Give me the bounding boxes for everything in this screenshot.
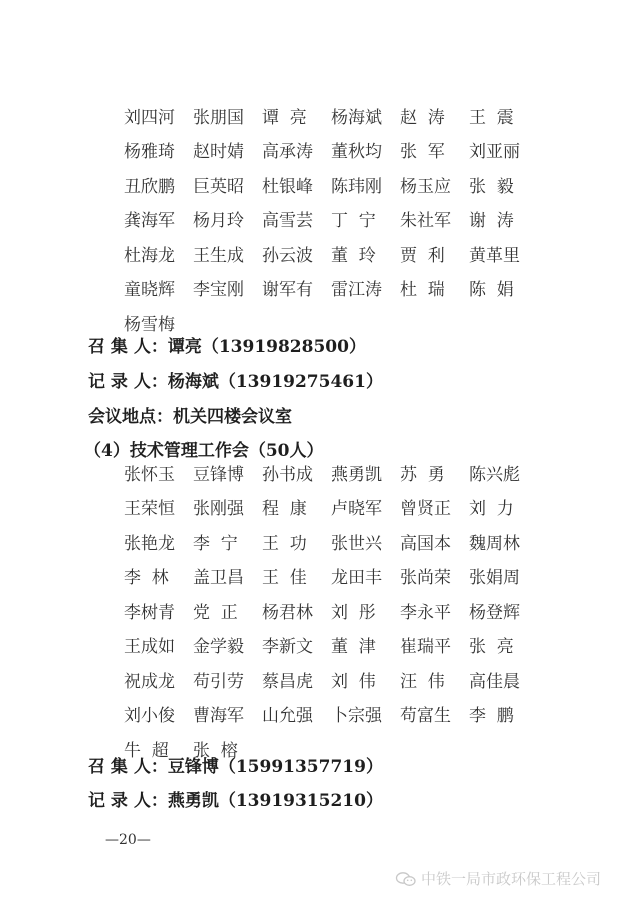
member-name: 杨雪梅 xyxy=(124,310,193,335)
member-name: 张刚强 xyxy=(193,494,262,519)
group4-recorder: 记 录 人：燕勇凯（13919315210） xyxy=(88,786,383,811)
member-name: 金学毅 xyxy=(193,632,262,657)
member-name: 黄革里 xyxy=(469,241,538,266)
member-name: 刘四河 xyxy=(124,103,193,128)
member-name: 魏周林 xyxy=(469,529,538,554)
document-page: 刘四河张朋国谭 亮杨海斌赵 涛王 震杨雅琦赵时婧高承涛董秋均张 军刘亚丽丑欣鹏巨… xyxy=(0,0,640,905)
member-name: 汪 伟 xyxy=(400,667,469,692)
member-name: 燕勇凯 xyxy=(331,460,400,485)
member-name: 贾 利 xyxy=(400,241,469,266)
group3-location: 会议地点：机关四楼会议室 xyxy=(88,402,292,427)
member-name: 刘 力 xyxy=(469,494,538,519)
group3-convener: 召 集 人：谭亮（13919828500） xyxy=(88,332,366,357)
member-name: 董 津 xyxy=(331,632,400,657)
member-name: 豆锋博 xyxy=(193,460,262,485)
group4-convener: 召 集 人：豆锋博（15991357719） xyxy=(88,752,383,777)
member-name: 李 鹏 xyxy=(469,701,538,726)
member-name: 卢晓军 xyxy=(331,494,400,519)
member-name: 李 宁 xyxy=(193,529,262,554)
member-name: 苟引劳 xyxy=(193,667,262,692)
member-name: 谢军有 xyxy=(262,275,331,300)
member-name: 陈 娟 xyxy=(469,275,538,300)
member-row: 李树青党 正杨君林刘 彤李永平杨登辉 xyxy=(124,593,538,628)
member-name: 高雪芸 xyxy=(262,206,331,231)
member-name: 董 玲 xyxy=(331,241,400,266)
member-name: 程 康 xyxy=(262,494,331,519)
member-name: 李树青 xyxy=(124,598,193,623)
member-name: 高佳晨 xyxy=(469,667,538,692)
member-name: 王 佳 xyxy=(262,563,331,588)
member-row: 杨雅琦赵时婧高承涛董秋均张 军刘亚丽 xyxy=(124,133,538,168)
member-row: 刘四河张朋国谭 亮杨海斌赵 涛王 震 xyxy=(124,98,538,133)
member-name: 杜银峰 xyxy=(262,172,331,197)
wechat-icon xyxy=(395,871,417,887)
member-row: 王荣恒张刚强程 康卢晓军曾贤正刘 力 xyxy=(124,490,538,525)
member-name: 盖卫昌 xyxy=(193,563,262,588)
member-name: 杜海龙 xyxy=(124,241,193,266)
member-name: 高国本 xyxy=(400,529,469,554)
member-name: 杨玉应 xyxy=(400,172,469,197)
member-name: 谭 亮 xyxy=(262,103,331,128)
member-name: 刘小俊 xyxy=(124,701,193,726)
member-name: 龙田丰 xyxy=(331,563,400,588)
member-name: 张怀玉 xyxy=(124,460,193,485)
member-row: 李 林盖卫昌王 佳龙田丰张尚荣张娟周 xyxy=(124,559,538,594)
watermark: 中铁一局市政环保工程公司 xyxy=(395,868,601,889)
member-name: 山允强 xyxy=(262,701,331,726)
member-row: 童晓辉李宝刚谢军有雷江涛杜 瑞陈 娟 xyxy=(124,271,538,306)
member-name: 刘亚丽 xyxy=(469,137,538,162)
group3-member-list: 刘四河张朋国谭 亮杨海斌赵 涛王 震杨雅琦赵时婧高承涛董秋均张 军刘亚丽丑欣鹏巨… xyxy=(124,98,538,340)
member-name: 杨雅琦 xyxy=(124,137,193,162)
member-name: 巨英昭 xyxy=(193,172,262,197)
member-name: 丁 宁 xyxy=(331,206,400,231)
member-name: 谢 涛 xyxy=(469,206,538,231)
member-name: 曹海军 xyxy=(193,701,262,726)
member-name: 崔瑞平 xyxy=(400,632,469,657)
member-name: 苟富生 xyxy=(400,701,469,726)
member-name: 朱社军 xyxy=(400,206,469,231)
member-name: 丑欣鹏 xyxy=(124,172,193,197)
member-name: 张 亮 xyxy=(469,632,538,657)
member-name: 李永平 xyxy=(400,598,469,623)
member-row: 杜海龙王生成孙云波董 玲贾 利黄革里 xyxy=(124,236,538,271)
member-row: 龚海军杨月玲高雪芸丁 宁朱社军谢 涛 xyxy=(124,202,538,237)
member-name: 董秋均 xyxy=(331,137,400,162)
member-name: 赵 涛 xyxy=(400,103,469,128)
member-name: 王 震 xyxy=(469,103,538,128)
member-name: 刘 伟 xyxy=(331,667,400,692)
member-row: 刘小俊曹海军山允强卜宗强苟富生李 鹏 xyxy=(124,697,538,732)
member-name: 龚海军 xyxy=(124,206,193,231)
member-name: 李宝刚 xyxy=(193,275,262,300)
member-name: 赵时婧 xyxy=(193,137,262,162)
page-number: —20— xyxy=(105,832,151,848)
member-name: 张朋国 xyxy=(193,103,262,128)
member-name: 高承涛 xyxy=(262,137,331,162)
member-name: 祝成龙 xyxy=(124,667,193,692)
member-name: 陈兴彪 xyxy=(469,460,538,485)
member-name: 杨月玲 xyxy=(193,206,262,231)
member-name: 苏 勇 xyxy=(400,460,469,485)
member-name: 张娟周 xyxy=(469,563,538,588)
member-name: 卜宗强 xyxy=(331,701,400,726)
member-name: 杜 瑞 xyxy=(400,275,469,300)
member-name: 陈玮刚 xyxy=(331,172,400,197)
member-name: 王 功 xyxy=(262,529,331,554)
member-name: 张 军 xyxy=(400,137,469,162)
member-name: 刘 彤 xyxy=(331,598,400,623)
watermark-text: 中铁一局市政环保工程公司 xyxy=(421,868,601,889)
member-name: 杨登辉 xyxy=(469,598,538,623)
member-name: 张尚荣 xyxy=(400,563,469,588)
member-row: 张艳龙李 宁王 功张世兴高国本魏周林 xyxy=(124,524,538,559)
member-name: 孙云波 xyxy=(262,241,331,266)
member-name: 党 正 xyxy=(193,598,262,623)
member-row: 张怀玉豆锋博孙书成燕勇凯苏 勇陈兴彪 xyxy=(124,455,538,490)
group4-member-list: 张怀玉豆锋博孙书成燕勇凯苏 勇陈兴彪王荣恒张刚强程 康卢晓军曾贤正刘 力张艳龙李… xyxy=(124,455,538,766)
member-name: 李 林 xyxy=(124,563,193,588)
member-name: 张世兴 xyxy=(331,529,400,554)
member-name: 王成如 xyxy=(124,632,193,657)
member-name: 蔡昌虎 xyxy=(262,667,331,692)
member-name: 孙书成 xyxy=(262,460,331,485)
member-name: 李新文 xyxy=(262,632,331,657)
member-name: 童晓辉 xyxy=(124,275,193,300)
member-row: 王成如金学毅李新文董 津崔瑞平张 亮 xyxy=(124,628,538,663)
member-name: 王生成 xyxy=(193,241,262,266)
member-name: 杨海斌 xyxy=(331,103,400,128)
member-name: 杨君林 xyxy=(262,598,331,623)
member-name: 曾贤正 xyxy=(400,494,469,519)
member-name: 张 毅 xyxy=(469,172,538,197)
member-name: 王荣恒 xyxy=(124,494,193,519)
member-name: 张艳龙 xyxy=(124,529,193,554)
group3-recorder: 记 录 人：杨海斌（13919275461） xyxy=(88,367,383,392)
member-row: 祝成龙苟引劳蔡昌虎刘 伟汪 伟高佳晨 xyxy=(124,662,538,697)
member-name: 雷江涛 xyxy=(331,275,400,300)
member-row: 丑欣鹏巨英昭杜银峰陈玮刚杨玉应张 毅 xyxy=(124,167,538,202)
